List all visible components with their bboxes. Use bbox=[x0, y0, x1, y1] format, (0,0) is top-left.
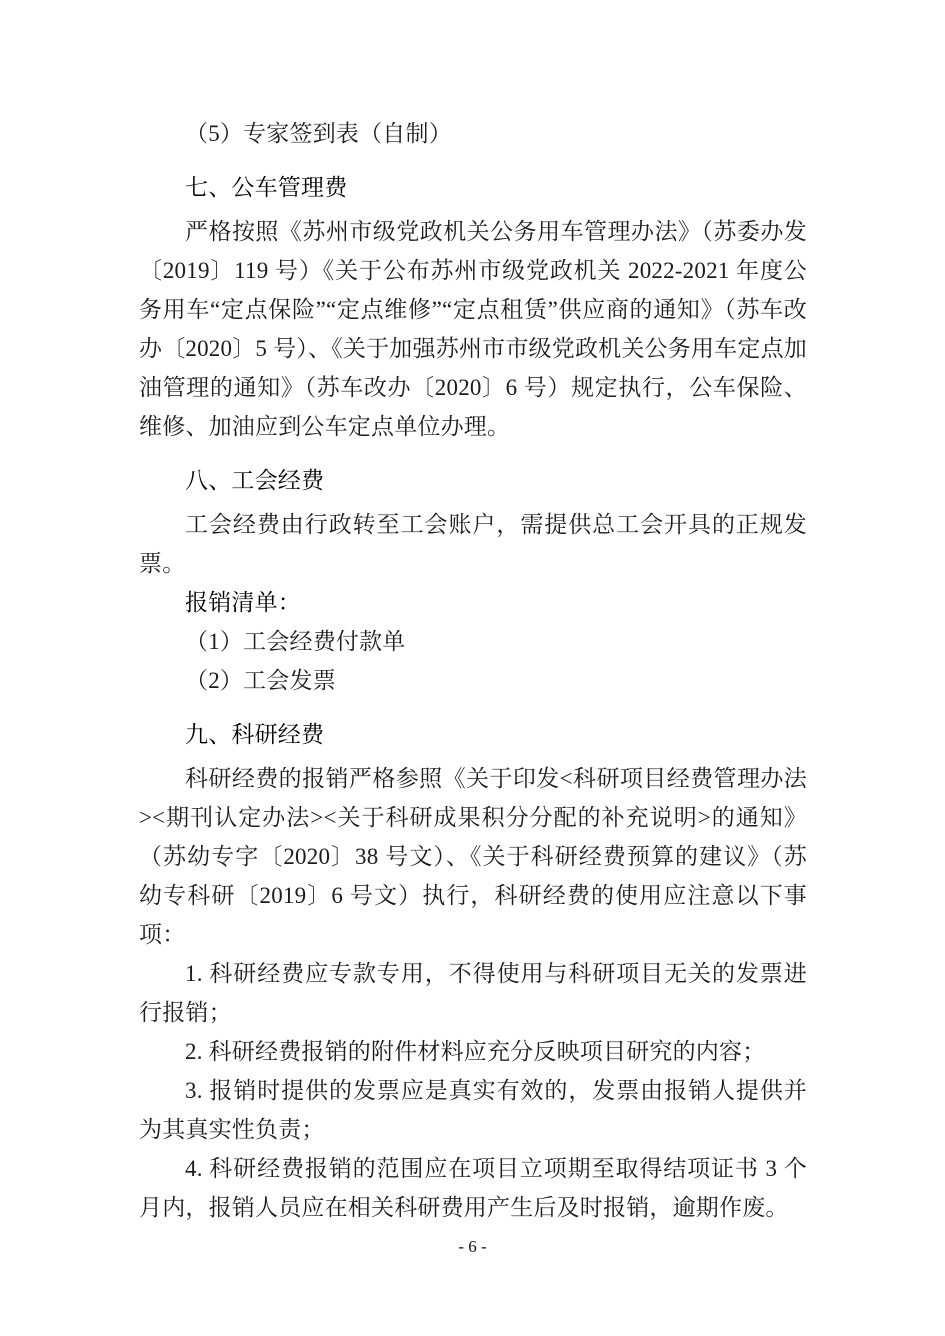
list-item-union-invoice: （2）工会发票 bbox=[139, 661, 807, 700]
paragraph-research-regulations: 科研经费的报销严格参照《关于印发<科研项目经费管理办法><期刊认定办法><关于科… bbox=[139, 759, 807, 954]
numbered-item-1-dedicated-use: 1. 科研经费应专款专用，不得使用与科研项目无关的发票进行报销； bbox=[139, 954, 807, 1032]
document-content: （5）专家签到表（自制） 七、公车管理费 严格按照《苏州市级党政机关公务用车管理… bbox=[139, 114, 807, 1227]
section-heading-7-vehicle-management-fee: 七、公车管理费 bbox=[139, 168, 807, 207]
numbered-item-4-reimbursement-period: 4. 科研经费报销的范围应在项目立项期至取得结项证书 3 个月内，报销人员应在相… bbox=[139, 1149, 807, 1227]
numbered-item-2-attachment-materials: 2. 科研经费报销的附件材料应充分反映项目研究的内容； bbox=[139, 1032, 807, 1071]
page-footer: - 6 - bbox=[0, 1236, 945, 1258]
list-item-expert-signin-sheet: （5）专家签到表（自制） bbox=[139, 114, 807, 153]
section-heading-8-union-funds: 八、工会经费 bbox=[139, 461, 807, 500]
paragraph-union-funds: 工会经费由行政转至工会账户，需提供总工会开具的正规发票。 bbox=[139, 505, 807, 583]
page-number: - 6 - bbox=[458, 1237, 486, 1256]
document-page: （5）专家签到表（自制） 七、公车管理费 严格按照《苏州市级党政机关公务用车管理… bbox=[0, 0, 945, 1336]
list-item-union-payment-slip: （1）工会经费付款单 bbox=[139, 622, 807, 661]
numbered-item-3-invoice-validity: 3. 报销时提供的发票应是真实有效的，发票由报销人提供并为其真实性负责； bbox=[139, 1071, 807, 1149]
section-heading-9-research-funds: 九、科研经费 bbox=[139, 715, 807, 754]
paragraph-vehicle-regulations: 严格按照《苏州市级党政机关公务用车管理办法》（苏委办发〔2019〕119 号）《… bbox=[139, 212, 807, 446]
subheading-reimbursement-checklist: 报销清单： bbox=[139, 583, 807, 622]
